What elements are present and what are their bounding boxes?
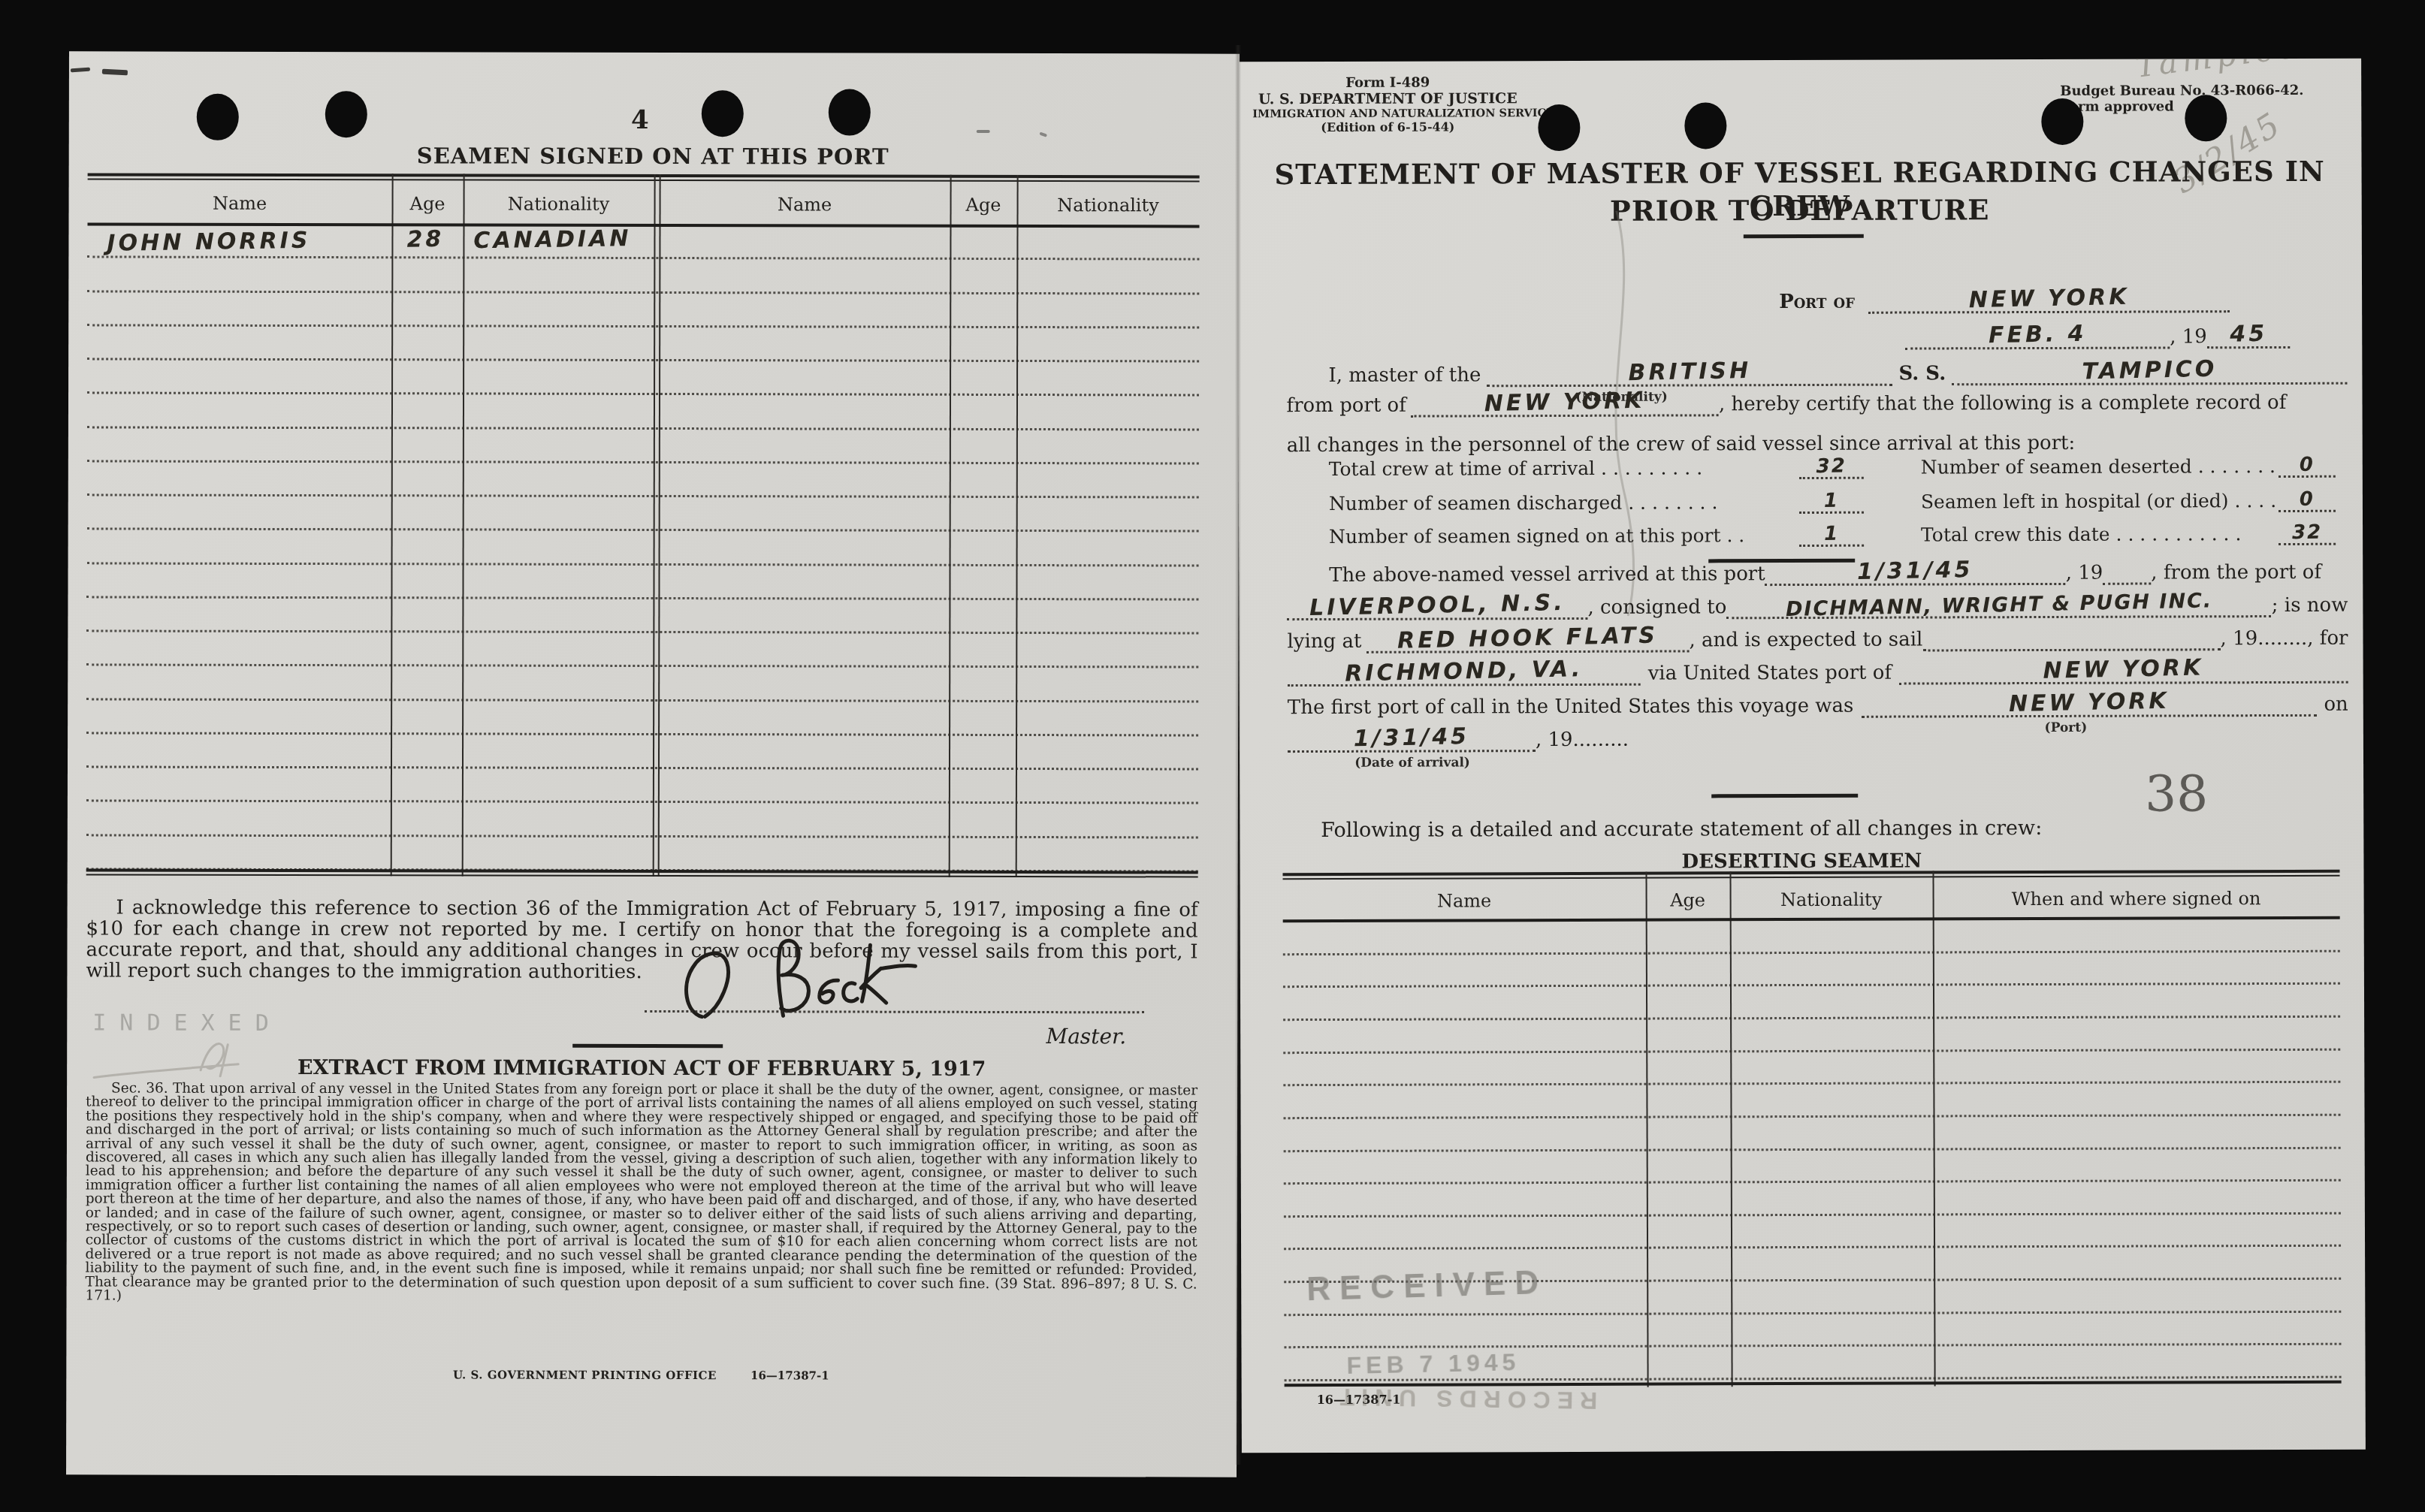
- column-header-age: Age: [1646, 889, 1730, 910]
- punch-hole: [197, 94, 239, 140]
- punch-hole: [325, 91, 367, 137]
- on-label: on: [2324, 694, 2348, 717]
- stat-label: Seamen left in hospital (or died) . . . …: [1921, 490, 2276, 513]
- table-row: [87, 326, 1199, 362]
- port-of-value: NEW YORK: [1868, 282, 2230, 315]
- first-port-label: The first port of call in the United Sta…: [1288, 696, 1854, 720]
- page-seam: [1235, 45, 1241, 1465]
- left-page: 4 SEAMEN SIGNED ON AT THIS PORT Name Age…: [66, 51, 1240, 1477]
- destination-line: RICHMOND, VA. via United States port of …: [1288, 652, 2348, 687]
- expected-label: , and is expected to sail: [1689, 629, 1922, 653]
- received-stamp: RECEIVED: [1306, 1264, 1548, 1308]
- gpo-footer-code: 16—17387-1: [750, 1369, 829, 1382]
- stat-value: 0: [2278, 453, 2336, 477]
- department-line: U. S. DEPARTMENT OF JUSTICE: [1252, 90, 1523, 107]
- stat-field: 32: [2279, 516, 2336, 545]
- form-header-block: Form I-489 U. S. DEPARTMENT OF JUSTICE I…: [1252, 74, 1523, 134]
- year19: , 19: [2066, 563, 2103, 585]
- column-header-when-where: When and where signed on: [1933, 888, 2340, 910]
- column-header-nationality: Nationality: [1017, 195, 1200, 216]
- stat-label: Number of seamen signed on at this port …: [1329, 525, 1744, 548]
- port-of-field: NEW YORK: [1868, 283, 2230, 314]
- sail-date-field: [1922, 621, 2220, 651]
- table-row: [1284, 1182, 2341, 1218]
- first-port-field: NEW YORK: [1861, 687, 2316, 718]
- arrived-line: The above-named vessel arrived at this p…: [1329, 553, 2348, 587]
- table-row: [1283, 985, 2340, 1021]
- table-row: [1283, 919, 2340, 955]
- destination-value: RICHMOND, VA.: [1287, 655, 1641, 689]
- ss-label: S. S.: [1898, 364, 1946, 386]
- pencil-mark: [1039, 131, 1047, 137]
- table-row: [87, 462, 1199, 498]
- table-row: [87, 360, 1199, 396]
- table-row: [86, 564, 1198, 600]
- master-line: I, master of the BRITISH S. S. TAMPICO: [1328, 353, 2347, 388]
- table-row: [87, 496, 1199, 532]
- table-row: [87, 292, 1199, 328]
- lying-field: RED HOOK FLATS: [1366, 623, 1689, 653]
- punch-hole: [702, 90, 744, 137]
- column-header-age: Age: [950, 195, 1017, 216]
- stat-label: Total crew at time of arrival . . . . . …: [1329, 458, 1702, 481]
- stat-label: Number of seamen deserted . . . . . . .: [1921, 456, 2276, 478]
- table-row: [86, 632, 1198, 668]
- section-rule: [572, 1044, 723, 1048]
- first-port-line: The first port of call in the United Sta…: [1288, 685, 2348, 720]
- table-row: [1283, 1018, 2340, 1054]
- stat-deserted: Number of seamen deserted . . . . . . . …: [1921, 446, 2336, 479]
- port-sublabel: (Port): [1953, 720, 2179, 735]
- stat-value: 0: [2279, 487, 2336, 512]
- column-header-nationality: Nationality: [1730, 889, 1933, 910]
- arrival-date-value: 1/31/45: [1288, 722, 1536, 753]
- consigned-line: LIVERPOOL, N.S. , consigned to DICHMANN,…: [1287, 586, 2348, 620]
- nationality-field: BRITISH: [1487, 357, 1892, 388]
- port-from-value: LIVERPOOL, N.S.: [1287, 589, 1588, 621]
- from-port-field: NEW YORK: [1411, 387, 1719, 417]
- gpo-footer: U. S. GOVERNMENT PRINTING OFFICE 16—1738…: [85, 1364, 1197, 1383]
- lying-line: lying at RED HOOK FLATS , and is expecte…: [1287, 619, 2348, 653]
- table-border-top: [88, 173, 1200, 182]
- table-row: [1283, 1050, 2340, 1086]
- column-header-nationality: Nationality: [464, 193, 654, 215]
- page-number: 4: [595, 105, 685, 135]
- table-row: [1283, 1083, 2340, 1119]
- date-received-stamp: FEB 7 1945: [1346, 1348, 1520, 1380]
- year-field: 45: [2207, 319, 2290, 349]
- table-row: [1284, 1313, 2341, 1349]
- lying-value: RED HOOK FLATS: [1366, 622, 1690, 655]
- lying-label: lying at: [1287, 631, 1361, 653]
- punch-hole: [2041, 98, 2083, 145]
- table-row: [86, 768, 1198, 804]
- table-row: [86, 734, 1198, 770]
- is-now-label: ; is now: [2272, 595, 2348, 617]
- ss-field: TAMPICO: [1952, 355, 2347, 386]
- table-row: [87, 258, 1199, 294]
- year-empty-field: [2103, 556, 2151, 585]
- acknowledgment-paragraph: I acknowledge this reference to section …: [86, 897, 1197, 983]
- pencil-mark: [71, 68, 90, 73]
- table-border-bottom: [86, 868, 1198, 877]
- punch-hole: [2185, 95, 2227, 141]
- column-header-name: Name: [88, 192, 392, 214]
- stat-total-date: Total crew this date . . . . . . . . . .…: [1921, 514, 2336, 547]
- stat-value: 1: [1799, 522, 1865, 546]
- arrived-date: 1/31/45: [1765, 554, 2066, 587]
- date-of-arrival-sublabel: (Date of arrival): [1307, 755, 1518, 771]
- from-port-value: NEW YORK: [1411, 386, 1720, 418]
- certify-text: , hereby certify that the following is a…: [1719, 392, 2287, 416]
- stat-discharged: Number of seamen discharged . . . . . . …: [1329, 482, 1864, 515]
- from-port-label: from port of: [1286, 395, 1406, 418]
- stat-label: Number of seamen discharged . . . . . . …: [1329, 493, 1718, 515]
- right-page: Tampico 3/2/45 Form I-489 U. S. DEPARTME…: [1237, 59, 2366, 1453]
- service-line: IMMIGRATION AND NATURALIZATION SERVICE: [1252, 107, 1523, 120]
- master-signature: [665, 922, 941, 1038]
- form-title-line2: PRIOR TO DEPARTURE: [1253, 192, 2347, 229]
- arrived-label: The above-named vessel arrived at this p…: [1329, 563, 1765, 587]
- table-row: [87, 394, 1199, 430]
- master-pre: I, master of the: [1328, 364, 1481, 388]
- year-end: , 19.........: [1536, 729, 1629, 752]
- gpo-footer-text: U. S. GOVERNMENT PRINTING OFFICE: [453, 1369, 717, 1382]
- stat-field: 32: [1799, 450, 1864, 479]
- table-rows: [86, 224, 1200, 872]
- stat-label: Total crew this date . . . . . . . . . .…: [1921, 524, 2241, 546]
- table-row: [1284, 1215, 2341, 1251]
- consignee-value: DICHMANN, WRIGHT & PUGH INC.: [1726, 588, 2272, 623]
- column-header-age: Age: [392, 193, 464, 214]
- stat-total-arrival: Total crew at time of arrival . . . . . …: [1329, 448, 1864, 481]
- column-header-name: Name: [660, 194, 950, 216]
- stat-hospital: Seamen left in hospital (or died) . . . …: [1921, 481, 2336, 514]
- via-value: NEW YORK: [1899, 652, 2348, 687]
- seamen-signed-on-table: Name Age Nationality Name Age Nationalit…: [86, 173, 1200, 877]
- port-of-line: Port of NEW YORK: [1779, 281, 2230, 314]
- indexed-stamp: INDEXED: [92, 1010, 282, 1037]
- date-value: FEB. 4: [1905, 318, 2170, 350]
- table-row: [86, 700, 1198, 736]
- entry-name: JOHN NORRIS: [107, 228, 310, 257]
- entry-nationality: CANADIAN: [473, 225, 631, 254]
- date-line: FEB. 4 , 19 45: [1905, 317, 2315, 350]
- punch-hole: [829, 89, 871, 135]
- form-number: Form I-489: [1252, 74, 1523, 91]
- edition-line: (Edition of 6-15-44): [1252, 119, 1523, 134]
- from-port-line: from port of NEW YORK , hereby certify t…: [1286, 383, 2347, 418]
- stat-value: 32: [1798, 454, 1864, 478]
- table-row: [86, 598, 1198, 634]
- stat-field: 1: [1799, 518, 1864, 547]
- punch-hole: [1684, 102, 1726, 149]
- deserting-seamen-table: Name Age Nationality When and where sign…: [1282, 870, 2341, 1391]
- table-rows: [1283, 919, 2342, 1382]
- punch-hole: [1538, 104, 1580, 151]
- title-underline: [1744, 234, 1864, 239]
- pencil-mark: [977, 130, 990, 133]
- date-field: FEB. 4: [1905, 319, 2170, 349]
- page-note-38: 38: [2145, 765, 2208, 822]
- pencil-note: Tampico: [2134, 59, 2303, 85]
- year19-for: , 19........, for: [2221, 628, 2348, 650]
- pencil-mark: [102, 69, 128, 76]
- form-footer-code: 16—17387-1: [1317, 1393, 1401, 1407]
- consigned-label: , consigned to: [1587, 596, 1726, 619]
- table-row: [87, 428, 1199, 464]
- stat-field: 1: [1799, 484, 1864, 514]
- master-label: Master.: [1006, 1024, 1126, 1049]
- stat-value: 1: [1799, 489, 1865, 513]
- via-label: via United States port of: [1648, 662, 1892, 686]
- entry-age: 28: [388, 226, 464, 254]
- table-row: [86, 836, 1198, 872]
- arrival-date-field: 1/31/45: [1288, 723, 1536, 753]
- destination-field: RICHMOND, VA.: [1288, 656, 1641, 687]
- table-row: [86, 802, 1198, 838]
- column-header-name: Name: [1283, 890, 1646, 913]
- table-row: [1284, 1116, 2341, 1152]
- table-row: [1283, 952, 2340, 988]
- scanned-document: 4 SEAMEN SIGNED ON AT THIS PORT Name Age…: [0, 0, 2425, 1512]
- year-printed: , 19: [2170, 326, 2207, 349]
- consignee-field: DICHMANN, WRIGHT & PUGH INC.: [1726, 588, 2272, 619]
- port-of-label: Port of: [1779, 291, 1855, 314]
- arrived-date-field: 1/31/45: [1765, 556, 2066, 586]
- table-row: [1284, 1148, 2341, 1185]
- pencil-scribble: [88, 1034, 313, 1087]
- table-row: [87, 530, 1199, 566]
- stat-field: 0: [2279, 483, 2336, 512]
- stat-value: 32: [2279, 521, 2336, 545]
- section-rule: [1711, 794, 1858, 798]
- left-page-title: SEAMEN SIGNED ON AT THIS PORT: [88, 142, 1219, 170]
- stat-signed-on: Number of seamen signed on at this port …: [1329, 515, 1864, 548]
- arrival-date-line: 1/31/45 , 19.........: [1288, 720, 1708, 753]
- table-row: [86, 666, 1198, 702]
- port-from-field: LIVERPOOL, N.S.: [1287, 590, 1587, 620]
- year-value: 45: [2207, 320, 2291, 348]
- following-text: Following is a detailed and accurate sta…: [1321, 816, 2042, 842]
- extract-body: Sec. 36. That upon arrival of any vessel…: [85, 1082, 1197, 1305]
- via-field: NEW YORK: [1899, 654, 2348, 685]
- stat-field: 0: [2279, 448, 2336, 478]
- from-the-port-of: , from the port of: [2151, 562, 2321, 585]
- first-port-value: NEW YORK: [1861, 685, 2317, 720]
